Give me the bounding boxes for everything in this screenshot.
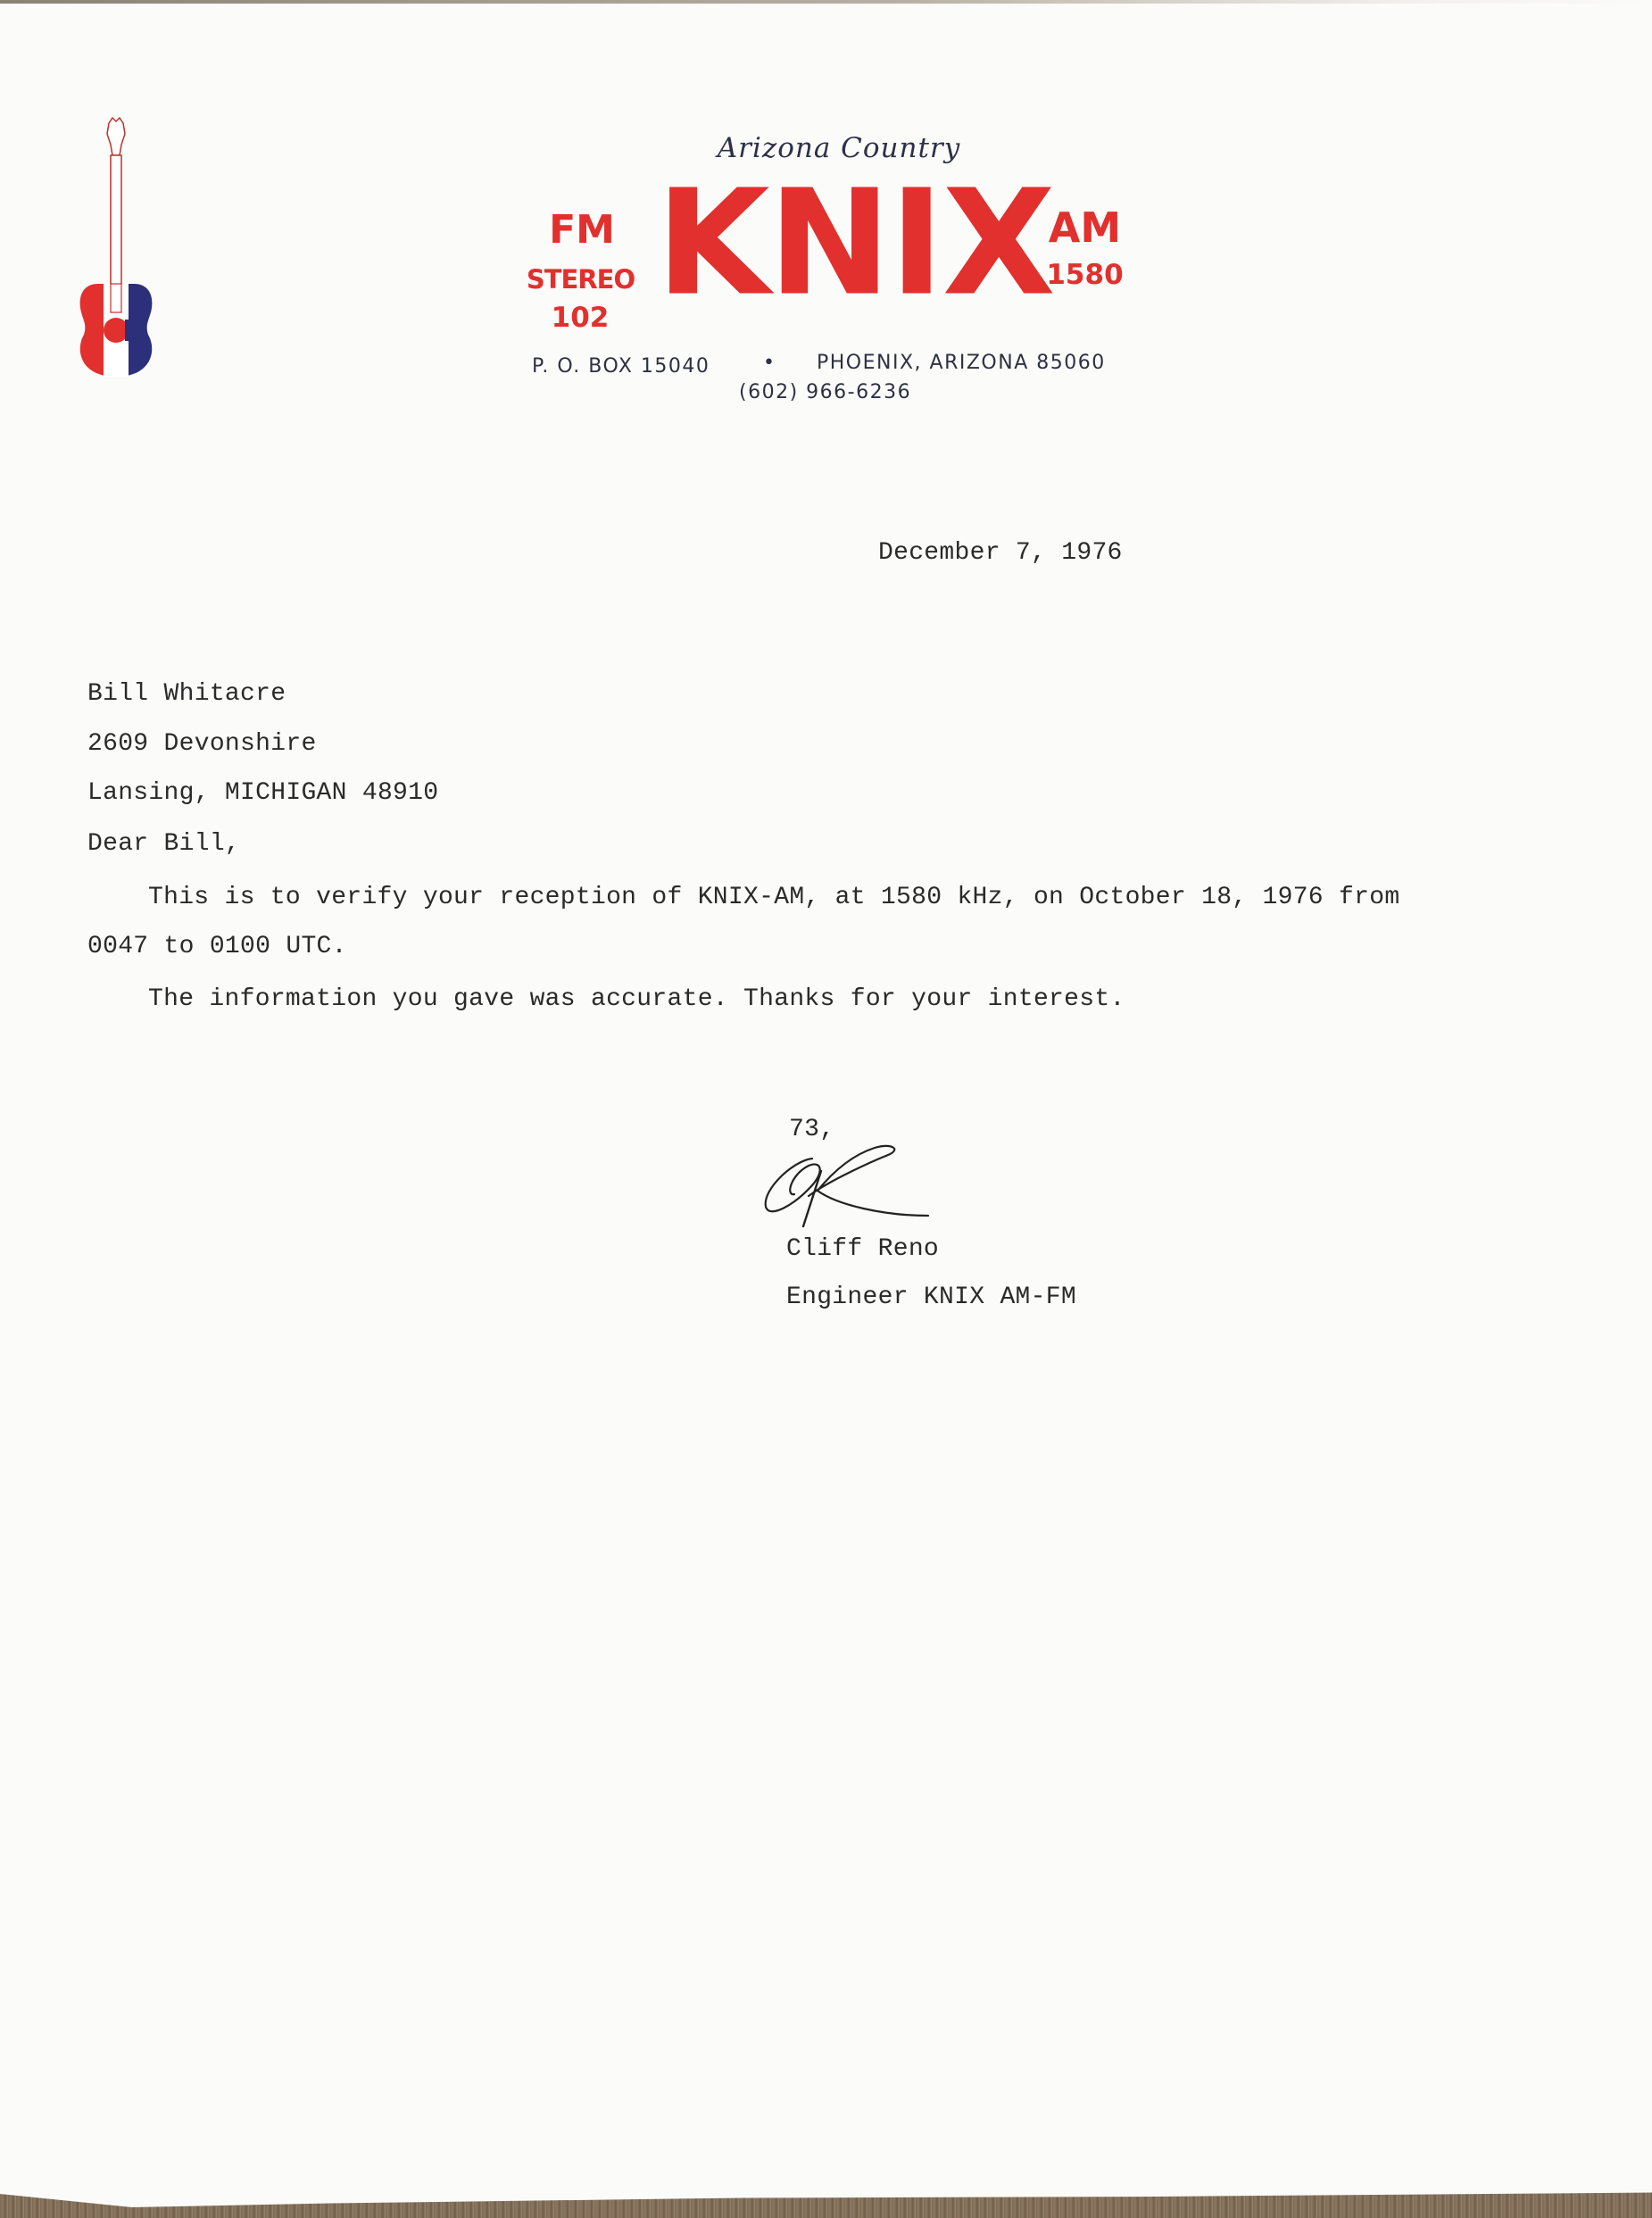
desk-surface-edge: [0, 2191, 1652, 2218]
station-city-address: PHOENIX, ARIZONA 85060: [817, 352, 1106, 374]
signer-title: Engineer KNIX AM-FM: [786, 1283, 1076, 1311]
recipient-name: Bill Whitacre: [87, 680, 286, 708]
station-logo-text: KNIX: [656, 181, 1028, 305]
signature: [759, 1134, 937, 1232]
am-band-label: AM: [1042, 204, 1127, 252]
bullet-separator: •: [763, 352, 776, 374]
letter-date: December 7, 1976: [878, 539, 1123, 567]
fm-frequency: 102: [544, 302, 616, 334]
body-paragraph-2: The information you gave was accurate. T…: [148, 985, 1125, 1013]
recipient-city: Lansing, MICHIGAN 48910: [87, 779, 438, 807]
am-frequency: 1580: [1042, 259, 1127, 291]
po-box: P. O. BOX 15040: [532, 355, 710, 378]
body-paragraph-1-line-2: 0047 to 0100 UTC.: [87, 933, 347, 960]
fm-mode-label: STEREO: [525, 264, 636, 295]
letterhead: Arizona Country FM STEREO 102 KNIX AM 15…: [0, 0, 1652, 428]
body-paragraph-1-line-1: This is to verify your reception of KNIX…: [148, 884, 1399, 911]
station-phone: (602) 966-6236: [739, 381, 911, 403]
recipient-street: 2609 Devonshire: [87, 730, 317, 758]
fm-band-label: FM: [546, 207, 618, 253]
salutation: Dear Bill,: [87, 830, 240, 858]
signer-name: Cliff Reno: [786, 1235, 939, 1263]
